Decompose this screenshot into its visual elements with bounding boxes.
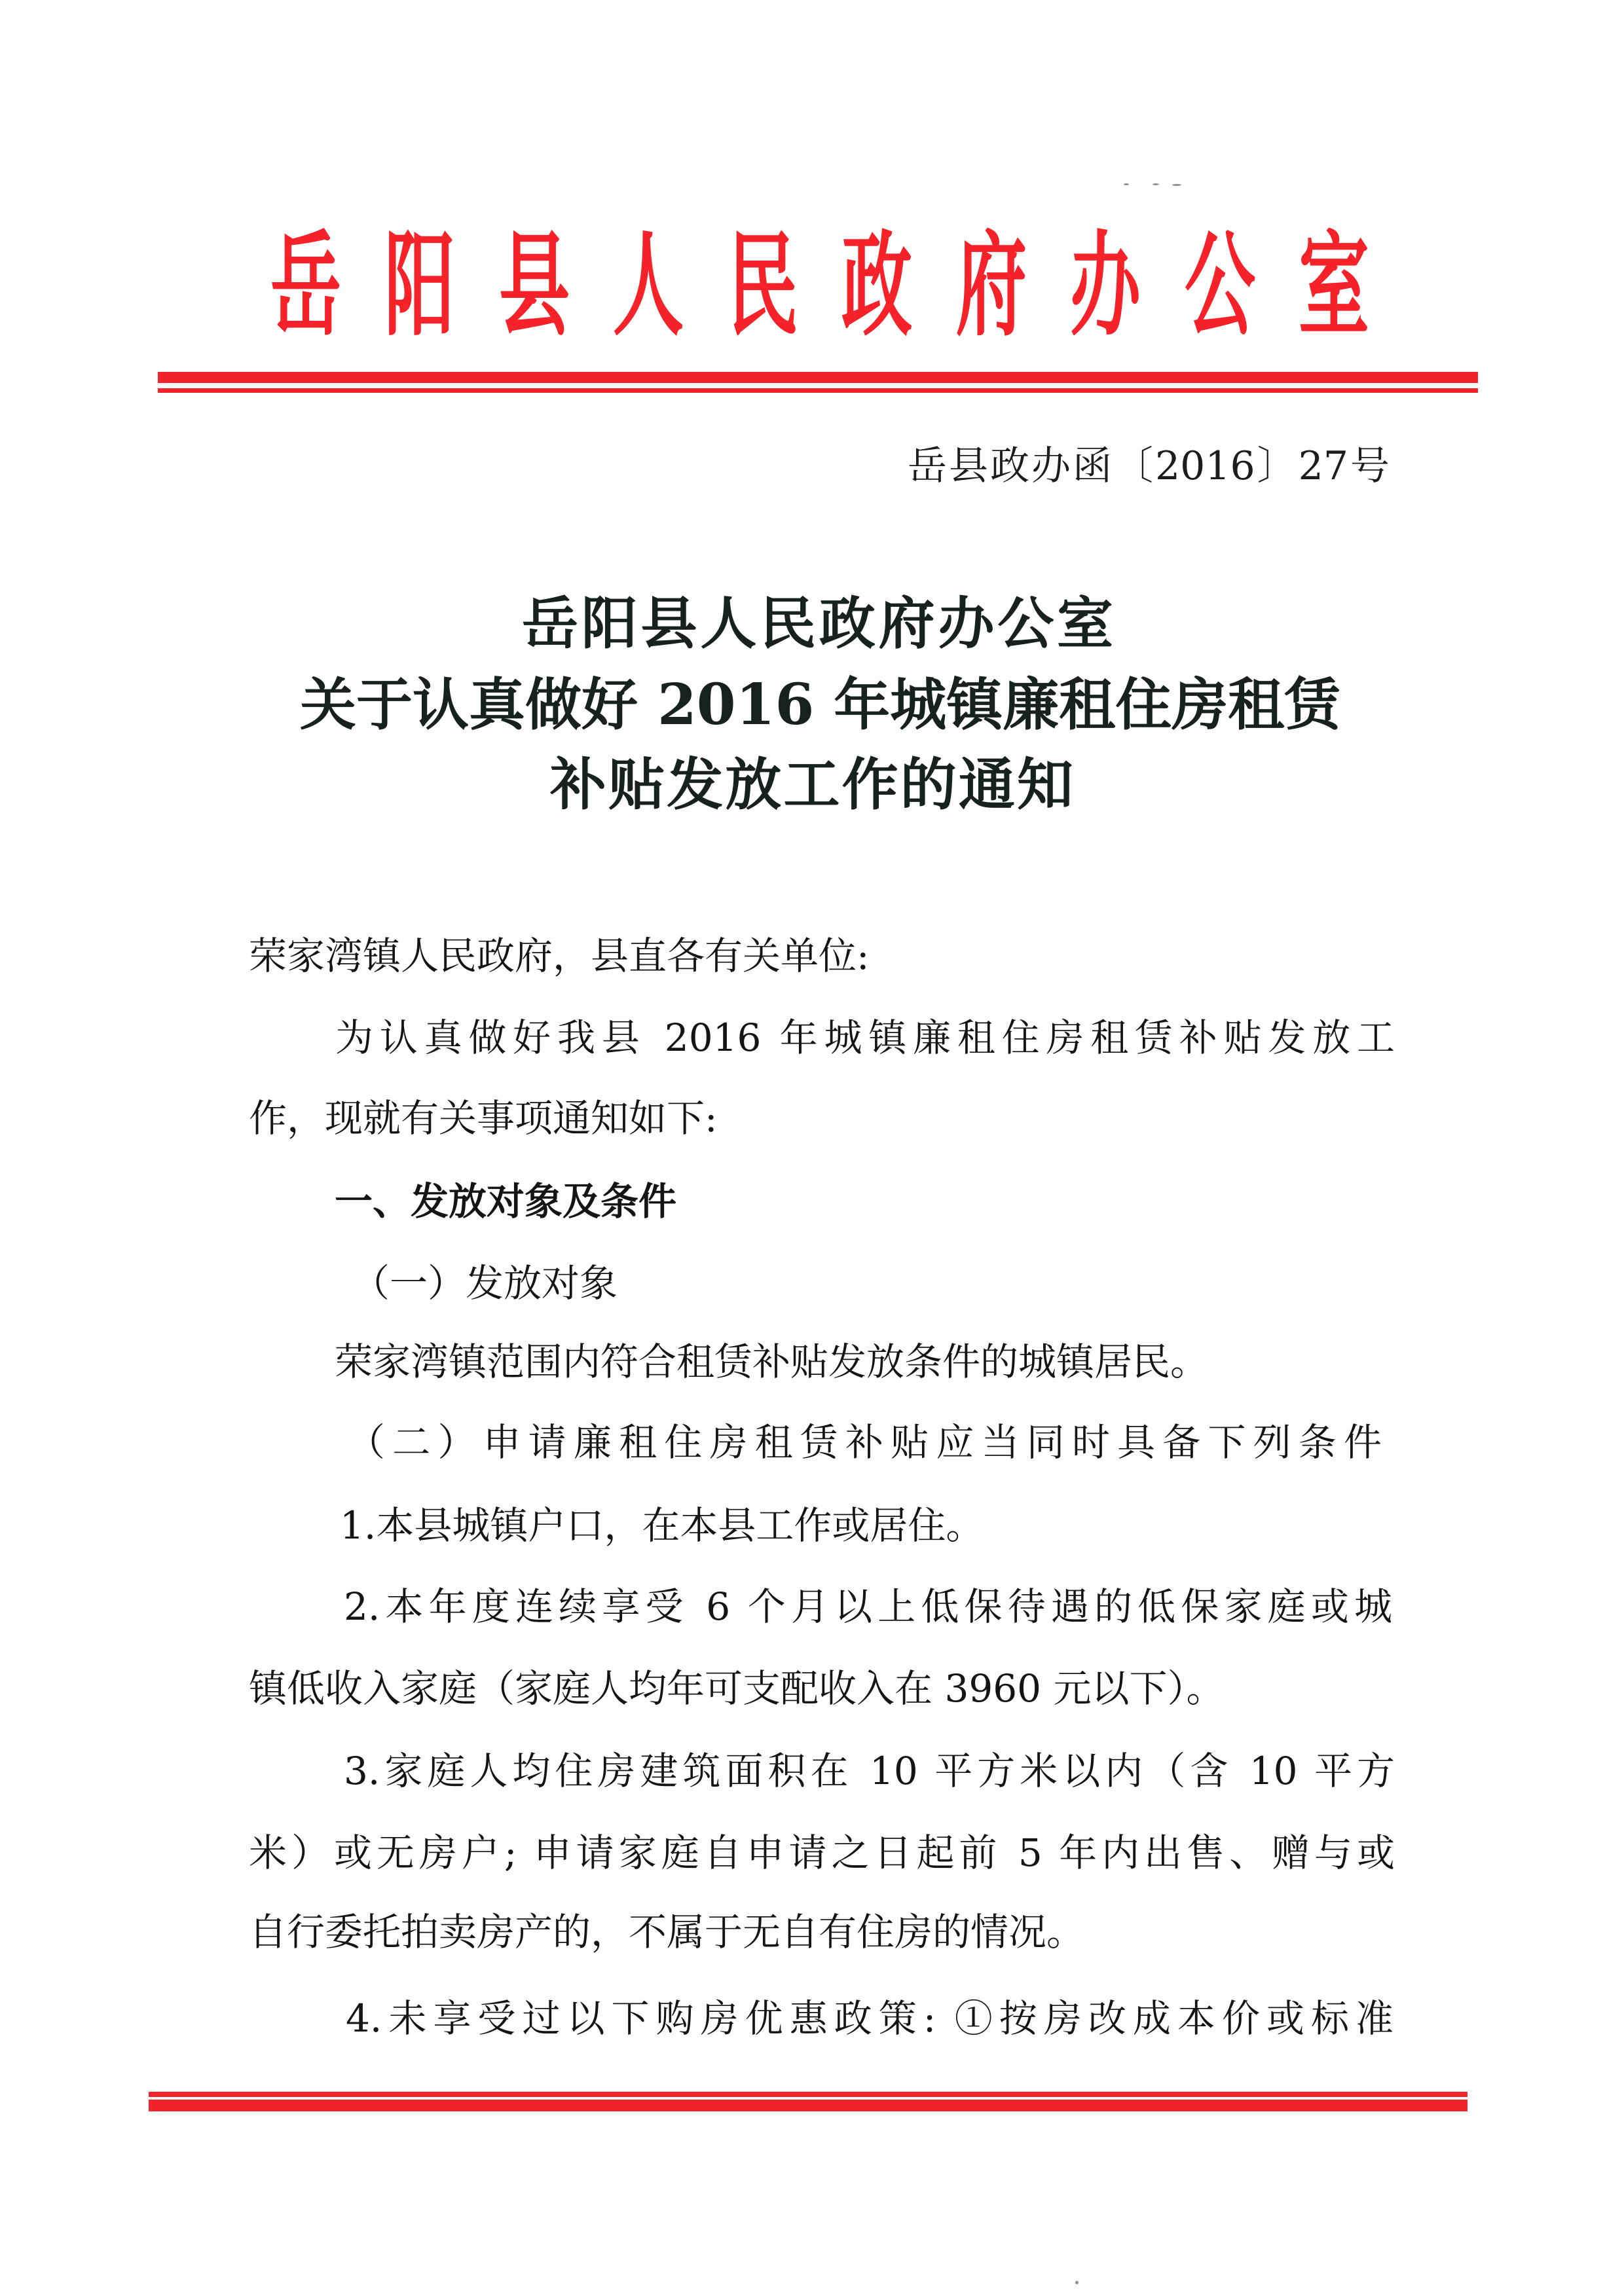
condition-item-3-line-1: 3.家庭人均住房建筑面积在 10 平方米以内（含 10 平方 (344, 1745, 1395, 1797)
scan-speck (1153, 183, 1159, 185)
intro-paragraph-line-1: 为认真做好我县 2016 年城镇廉租住房租赁补贴发放工 (335, 1011, 1395, 1064)
salutation: 荣家湾镇人民政府，县直各有关单位: (249, 930, 870, 982)
letterhead-char: 民 (728, 210, 798, 361)
document-page: 岳 阳 县 人 民 政 府 办 公 室 岳县政办函〔2016〕27号 岳阳县人民… (0, 0, 1624, 2296)
letterhead-char: 办 (1070, 210, 1141, 361)
subsection-1-text: 荣家湾镇范围内符合租赁补贴发放条件的城镇居民。 (335, 1336, 1208, 1388)
condition-item-4-line-1: 4.未享受过以下购房优惠政策: ①按房改成本价或标准 (346, 1992, 1393, 2045)
letterhead-char: 政 (841, 210, 912, 361)
letterhead-char: 室 (1299, 210, 1369, 361)
title-line-1: 岳阳县人民政府办公室 (522, 588, 1113, 660)
letterhead-divider-thin (158, 388, 1478, 393)
document-number: 岳县政办函〔2016〕27号 (908, 440, 1390, 492)
letterhead-char: 府 (956, 210, 1027, 361)
condition-item-2-line-2: 镇低收入家庭（家庭人均年可支配收入在 3960 元以下）。 (249, 1662, 1224, 1715)
footer-divider-thin (149, 2092, 1467, 2097)
condition-item-3-line-3: 自行委托拍卖房产的，不属于无自有住房的情况。 (249, 1906, 1084, 1958)
letterhead-char: 公 (1185, 210, 1255, 361)
scan-speck (1172, 184, 1181, 186)
intro-paragraph-line-2: 作，现就有关事项通知如下: (249, 1092, 718, 1144)
subsection-heading-1: （一）发放对象 (352, 1257, 618, 1309)
letterhead-char: 人 (613, 210, 684, 361)
title-line-3: 补贴发放工作的通知 (550, 749, 1073, 821)
letterhead-char: 阳 (384, 210, 455, 361)
letterhead-org-name: 岳 阳 县 人 民 政 府 办 公 室 (257, 220, 1383, 351)
letterhead-char: 县 (499, 210, 570, 361)
letterhead-char: 岳 (270, 210, 341, 361)
section-heading-1: 一、发放对象及条件 (335, 1175, 676, 1228)
footer-divider-thick (149, 2100, 1467, 2111)
subsection-heading-2: （二）申请廉租住房租赁补贴应当同时具备下列条件 (347, 1416, 1382, 1468)
title-line-2: 关于认真做好 2016 年城镇廉租住房租赁 (300, 669, 1331, 741)
condition-item-3-line-2: 米）或无房户; 申请家庭自申请之日起前 5 年内出售、赠与或 (249, 1827, 1395, 1879)
condition-item-1: 1.本县城镇户口，在本县工作或居住。 (340, 1499, 984, 1552)
condition-item-2-line-1: 2.本年度连续享受 6 个月以上低保待遇的低保家庭或城 (344, 1580, 1392, 1633)
letterhead-divider-thick (158, 372, 1478, 383)
scan-speck (1075, 2281, 1079, 2284)
scan-speck (1124, 183, 1129, 185)
